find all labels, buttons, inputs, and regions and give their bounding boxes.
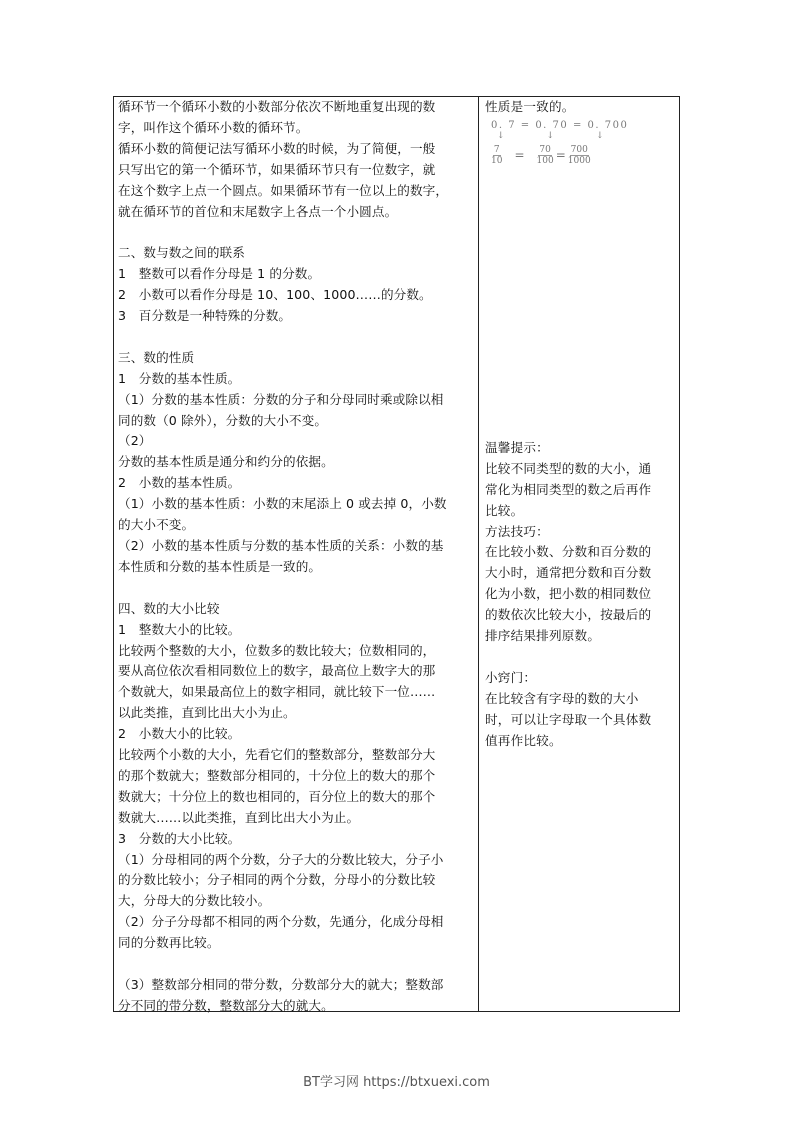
- blank-line: [118, 578, 474, 599]
- text-line: 的那个数就大；整数部分相同的，十分位上的数大的那个: [118, 766, 474, 787]
- text-line: （1）小数的基本性质：小数的末尾添上 0 或去掉 0，小数: [118, 494, 474, 515]
- blank-line: [485, 647, 673, 668]
- text-line: （2）: [118, 431, 474, 452]
- decimal-fraction-formula: 0. 7 = 0. 70 = 0. 700 ↓ ↓ ↓ 7 10 = 70 10…: [491, 120, 673, 166]
- notes-table: 循环节一个循环小数的小数部分依次不断地重复出现的数字，叫作这个循环小数的循环节。…: [113, 96, 680, 1012]
- text-line: 在这个数字上点一个圆点。如果循环节有一位以上的数字，: [118, 181, 474, 202]
- tip-line: 在比较小数、分数和百分数的: [485, 542, 673, 563]
- blank-line: [118, 954, 474, 975]
- side-column: 性质是一致的。 0. 7 = 0. 70 = 0. 700 ↓ ↓ ↓ 7 10…: [479, 97, 679, 1011]
- tips-block: 温馨提示：比较不同类型的数的大小，通常化为相同类型的数之后再作比较。方法技巧：在…: [485, 438, 673, 752]
- equals-sign: =: [514, 148, 524, 162]
- formula-decimals: 0. 7 = 0. 70 = 0. 700: [491, 120, 673, 131]
- text-line: 循环节一个循环小数的小数部分依次不断地重复出现的数: [118, 97, 474, 118]
- tip-line: 时，可以让字母取一个具体数: [485, 710, 673, 731]
- text-line: 的大小不变。: [118, 515, 474, 536]
- text-line: 比较两个整数的大小，位数多的数比较大；位数相同的，: [118, 641, 474, 662]
- main-column: 循环节一个循环小数的小数部分依次不断地重复出现的数字，叫作这个循环小数的循环节。…: [114, 97, 479, 1011]
- down-arrow-icon: ↓: [497, 131, 505, 145]
- down-arrow-icon: ↓: [596, 131, 604, 145]
- text-line: 就在循环节的首位和末尾数字上各点一个小圆点。: [118, 202, 474, 223]
- text-line: 三、数的性质: [118, 348, 474, 369]
- tip-line: 的数依次比较大小，按最后的: [485, 605, 673, 626]
- blank-line: [118, 222, 474, 243]
- text-line: （3）整数部分相同的带分数，分数部分大的就大；整数部: [118, 975, 474, 996]
- text-line: 分不同的带分数，整数部分大的就大。: [118, 996, 474, 1017]
- tip-line: 排序结果排列原数。: [485, 626, 673, 647]
- text-line: 1 整数可以看作分母是 1 的分数。: [118, 264, 474, 285]
- text-line: 以此类推，直到比出大小为止。: [118, 703, 474, 724]
- text-line: 数就大；十分位上的数也相同的，百分位上的数大的那个: [118, 787, 474, 808]
- text-line: 个数就大，如果最高位上的数字相同，就比较下一位……: [118, 682, 474, 703]
- text-line: 大，分母大的分数比较小。: [118, 891, 474, 912]
- text-line: 分数的基本性质是通分和约分的依据。: [118, 452, 474, 473]
- text-line: 的分数比较小；分子相同的两个分数，分母小的分数比较: [118, 870, 474, 891]
- text-line: 循环小数的简便记法写循环小数的时候，为了简便，一般: [118, 139, 474, 160]
- down-arrow-icon: ↓: [547, 131, 555, 145]
- text-line: 3 分数的大小比较。: [118, 829, 474, 850]
- formula-fractions: 7 10 = 70 100 = 700 1000: [491, 145, 673, 166]
- text-line: 字，叫作这个循环小数的循环节。: [118, 118, 474, 139]
- side-spacer: [485, 166, 673, 438]
- tip-line: 比较。: [485, 501, 673, 522]
- tip-line: 化为小数，把小数的相同数位: [485, 584, 673, 605]
- tip-line: 方法技巧：: [485, 522, 673, 543]
- text-line: 四、数的大小比较: [118, 599, 474, 620]
- text-line: （2）分子分母都不相同的两个分数，先通分，化成分母相: [118, 912, 474, 933]
- fraction: 7 10: [491, 145, 502, 166]
- tip-line: 在比较含有字母的数的大小: [485, 689, 673, 710]
- tip-line: 值再作比较。: [485, 731, 673, 752]
- tip-line: 小窍门：: [485, 668, 673, 689]
- text-line: 2 小数的基本性质。: [118, 473, 474, 494]
- text-line: 2 小数可以看作分母是 10、100、1000……的分数。: [118, 285, 474, 306]
- text-line: 数就大……以此类推，直到比出大小为止。: [118, 808, 474, 829]
- text-line: 同的数（0 除外），分数的大小不变。: [118, 411, 474, 432]
- watermark-footer: BT学习网 https://btxuexi.com: [0, 1071, 793, 1090]
- text-line: （1）分数的基本性质：分数的分子和分母同时乘或除以相: [118, 390, 474, 411]
- tip-line: 比较不同类型的数的大小，通: [485, 459, 673, 480]
- tip-line: 温馨提示：: [485, 438, 673, 459]
- text-line: 只写出它的第一个循环节，如果循环节只有一位数字，就: [118, 160, 474, 181]
- equals-sign: =: [556, 148, 566, 162]
- text-line: （1）分母相同的两个分数，分子大的分数比较大，分子小: [118, 850, 474, 871]
- tip-line: 常化为相同类型的数之后再作: [485, 480, 673, 501]
- text-line: 本性质和分数的基本性质是一致的。: [118, 557, 474, 578]
- blank-line: [118, 327, 474, 348]
- formula-arrows: ↓ ↓ ↓: [491, 131, 673, 145]
- fraction: 70 100: [537, 145, 554, 166]
- text-line: 同的分数再比较。: [118, 933, 474, 954]
- fraction: 700 1000: [568, 145, 591, 166]
- text-line: 1 整数大小的比较。: [118, 620, 474, 641]
- text-line: 2 小数大小的比较。: [118, 724, 474, 745]
- text-line: 二、数与数之间的联系: [118, 243, 474, 264]
- text-line: 1 分数的基本性质。: [118, 369, 474, 390]
- text-line: （2）小数的基本性质与分数的基本性质的关系：小数的基: [118, 536, 474, 557]
- text-line: 比较两个小数的大小，先看它们的整数部分，整数部分大: [118, 745, 474, 766]
- text-line: 3 百分数是一种特殊的分数。: [118, 306, 474, 327]
- side-top-line: 性质是一致的。: [485, 97, 673, 118]
- tip-line: 大小时，通常把分数和百分数: [485, 563, 673, 584]
- text-line: 要从高位依次看相同数位上的数字，最高位上数字大的那: [118, 661, 474, 682]
